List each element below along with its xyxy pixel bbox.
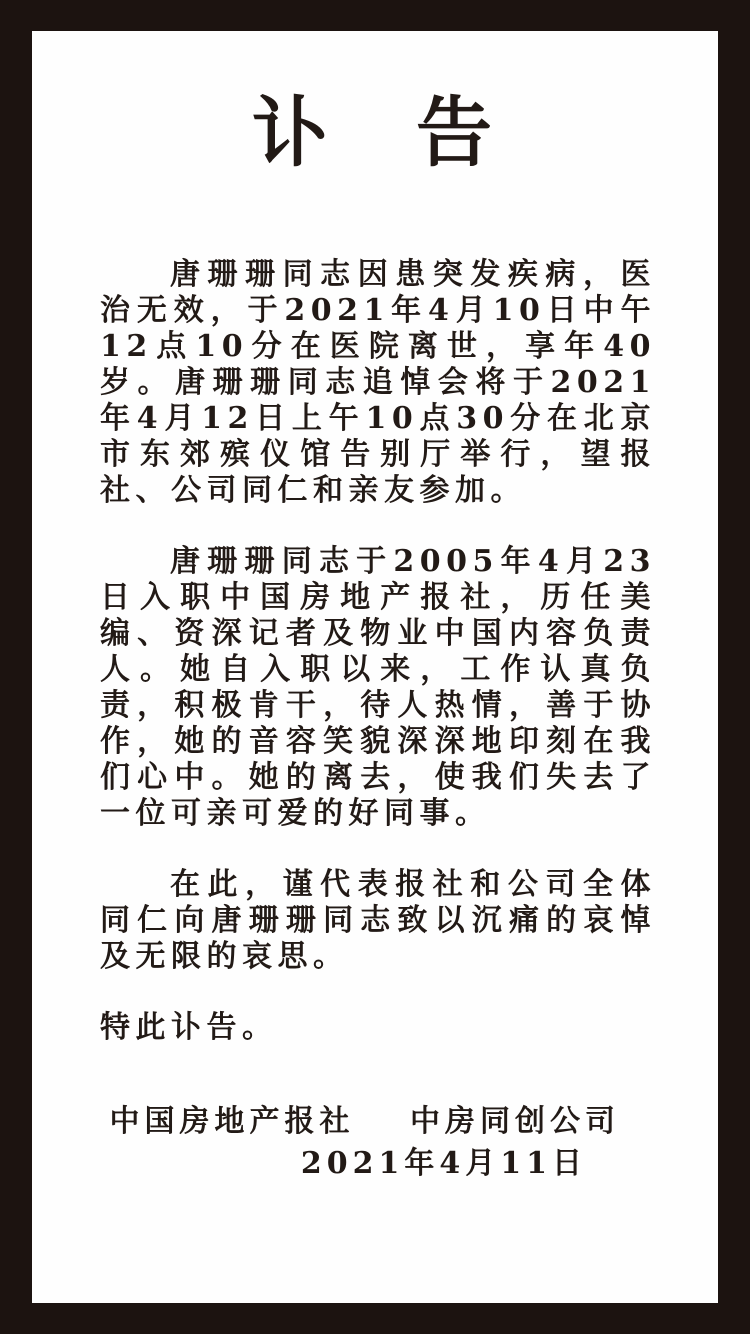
closing-line: 特此讣告。 — [100, 1010, 656, 1046]
photo-frame: 讣 告 唐珊珊同志因患突发疾病，医治无效，于2021年4月10日中午12点10分… — [0, 0, 750, 1334]
signatory-company: 中房同创公司 — [410, 1104, 620, 1139]
paragraph-condolences: 在此，谨代表报社和公司全体同仁向唐珊珊同志致以沉痛的哀悼及无限的哀思。 — [100, 867, 656, 975]
paragraph-career-tribute: 唐珊珊同志于2005年4月23日入职中国房地产报社，历任美编、资深记者及物业中国… — [100, 544, 656, 832]
signatories-line: 中国房地产报社 中房同创公司 — [32, 1101, 620, 1143]
signature-block: 中国房地产报社 中房同创公司 2021年4月11日 — [32, 1101, 718, 1185]
page-title: 讣 告 — [32, 89, 718, 177]
notice-body: 唐珊珊同志因患突发疾病，医治无效，于2021年4月10日中午12点10分在医院离… — [32, 257, 718, 1046]
signatory-newspaper: 中国房地产报社 — [110, 1104, 355, 1139]
obituary-page: 讣 告 唐珊珊同志因患突发疾病，医治无效，于2021年4月10日中午12点10分… — [32, 31, 718, 1303]
screenshot-root: { "doc": { "title": "讣 告", "paragraphs":… — [0, 0, 750, 1334]
paragraph-death-announcement: 唐珊珊同志因患突发疾病，医治无效，于2021年4月10日中午12点10分在医院离… — [100, 257, 656, 509]
signature-date: 2021年4月11日 — [32, 1143, 620, 1185]
